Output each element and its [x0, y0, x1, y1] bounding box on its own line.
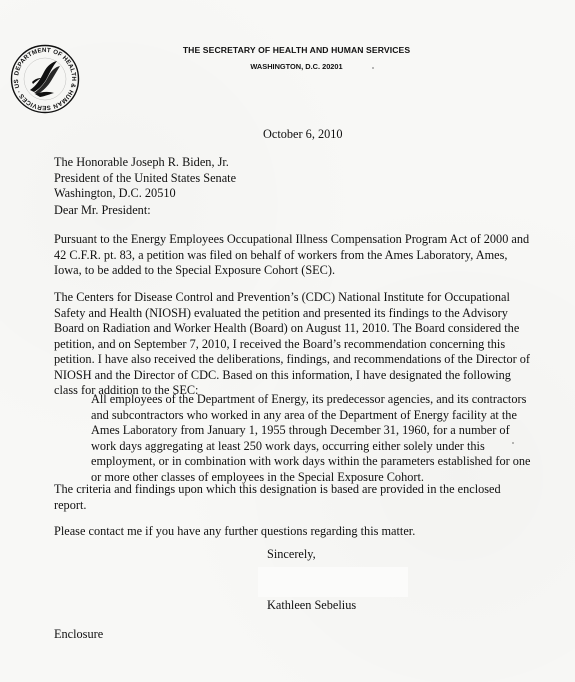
- text-line: The Centers for Disease Control and Prev…: [54, 290, 530, 306]
- salutation: Dear Mr. President:: [54, 203, 151, 219]
- recipient-name: The Honorable Joseph R. Biden, Jr.: [54, 155, 236, 171]
- scan-speck: [512, 442, 514, 444]
- paragraph-criteria: The criteria and findings upon which thi…: [54, 482, 501, 513]
- recipient-city: Washington, D.C. 20510: [54, 186, 236, 202]
- text-line: Please contact me if you have any furthe…: [54, 524, 415, 540]
- scan-speck: [372, 67, 374, 69]
- text-line: Board on Radiation and Worker Health (Bo…: [54, 321, 530, 337]
- text-line: petition. I have also received the delib…: [54, 352, 530, 368]
- text-line: Ames Laboratory from January 1, 1955 thr…: [91, 423, 531, 439]
- text-line: NIOSH and the Director of CDC. Based on …: [54, 368, 530, 384]
- enclosure-note: Enclosure: [54, 627, 103, 643]
- text-line: Pursuant to the Energy Employees Occupat…: [54, 232, 529, 248]
- paragraph-contact: Please contact me if you have any furthe…: [54, 524, 415, 540]
- scan-speck: [438, 240, 439, 241]
- paragraph-petition: Pursuant to the Energy Employees Occupat…: [54, 232, 529, 279]
- text-line: All employees of the Department of Energ…: [91, 392, 531, 408]
- text-line: Safety and Health (NIOSH) evaluated the …: [54, 306, 530, 322]
- text-line: employment, or in combination with work …: [91, 454, 531, 470]
- letterhead-address: WASHINGTON, D.C. 20201: [0, 62, 575, 71]
- closing: Sincerely,: [267, 547, 316, 563]
- signature-area: [258, 567, 408, 597]
- letter-date: October 6, 2010: [263, 127, 343, 143]
- text-line: report.: [54, 498, 501, 514]
- text-line: Iowa, to be added to the Special Exposur…: [54, 263, 529, 279]
- recipient-address: The Honorable Joseph R. Biden, Jr. Presi…: [54, 155, 236, 202]
- text-line: 42 C.F.R. pt. 83, a petition was filed o…: [54, 248, 529, 264]
- paragraph-evaluation: The Centers for Disease Control and Prev…: [54, 290, 530, 399]
- text-line: The criteria and findings upon which thi…: [54, 482, 501, 498]
- text-line: and subcontractors who worked in any are…: [91, 408, 531, 424]
- recipient-title: President of the United States Senate: [54, 171, 236, 187]
- text-line: work days aggregating at least 250 work …: [91, 439, 531, 455]
- class-definition-block: All employees of the Department of Energ…: [91, 392, 531, 485]
- signer-name: Kathleen Sebelius: [267, 598, 356, 614]
- letterhead-title: THE SECRETARY OF HEALTH AND HUMAN SERVIC…: [0, 45, 575, 55]
- text-line: petition, and on September 7, 2010, I re…: [54, 337, 530, 353]
